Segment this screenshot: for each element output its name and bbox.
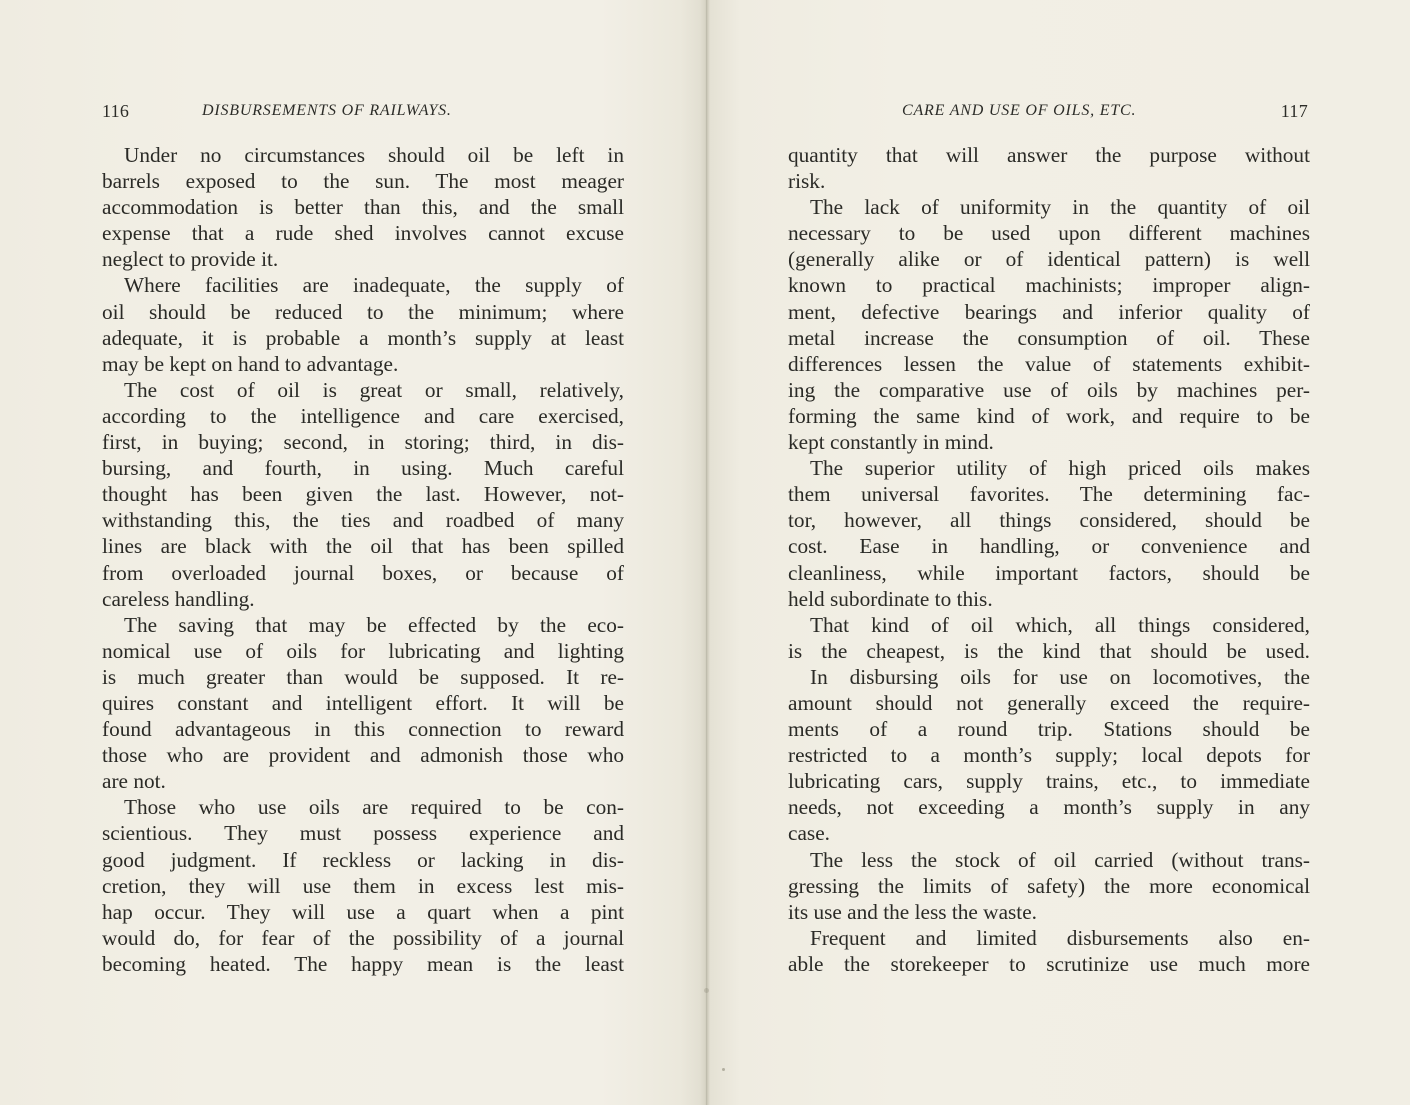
text-line: may be kept on hand to advantage. (102, 351, 624, 377)
text-line: found advantageous in this connection to… (102, 716, 624, 742)
text-line: is the cheapest, is the kind that should… (788, 638, 1310, 664)
text-line: becoming heated. The happy mean is the l… (102, 951, 624, 977)
text-line: known to practical machinists; improper … (788, 272, 1310, 298)
book-spread: 116 DISBURSEMENTS OF RAILWAYS. Under no … (0, 0, 1410, 1105)
text-line: lubricating cars, supply trains, etc., t… (788, 768, 1310, 794)
text-line: bursing, and fourth, in using. Much care… (102, 455, 624, 481)
text-line: risk. (788, 168, 1310, 194)
text-line: lines are black with the oil that has be… (102, 533, 624, 559)
text-line: quires constant and intelligent effort. … (102, 690, 624, 716)
left-page: 116 DISBURSEMENTS OF RAILWAYS. Under no … (0, 0, 705, 1105)
text-line: quantity that will answer the purpose wi… (788, 142, 1310, 168)
text-line: would do, for fear of the possibility of… (102, 925, 624, 951)
text-line: hap occur. They will use a quart when a … (102, 899, 624, 925)
book-gutter (706, 0, 707, 1105)
text-line: The less the stock of oil carried (witho… (788, 847, 1310, 873)
text-line: The lack of uniformity in the quantity o… (788, 194, 1310, 220)
text-line: barrels exposed to the sun. The most mea… (102, 168, 624, 194)
text-line: able the storekeeper to scrutinize use m… (788, 951, 1310, 977)
text-line: The saving that may be effected by the e… (102, 612, 624, 638)
text-line: necessary to be used upon different mach… (788, 220, 1310, 246)
text-line: The cost of oil is great or small, relat… (102, 377, 624, 403)
text-line: accommodation is better than this, and t… (102, 194, 624, 220)
text-line: its use and the less the waste. (788, 899, 1310, 925)
text-line: forming the same kind of work, and requi… (788, 403, 1310, 429)
left-running-head: 116 DISBURSEMENTS OF RAILWAYS. (102, 100, 622, 122)
text-line: cost. Ease in handling, or convenience a… (788, 533, 1310, 559)
text-line: ing the comparative use of oils by machi… (788, 377, 1310, 403)
text-line: cretion, they will use them in excess le… (102, 873, 624, 899)
text-line: from overloaded journal boxes, or becaus… (102, 560, 624, 586)
text-line: good judgment. If reckless or lacking in… (102, 847, 624, 873)
left-running-title: DISBURSEMENTS OF RAILWAYS. (202, 100, 452, 122)
text-line: Those who use oils are required to be co… (102, 794, 624, 820)
text-line: adequate, it is probable a month’s suppl… (102, 325, 624, 351)
right-page: CARE AND USE OF OILS, ETC. 117 quantity … (708, 0, 1410, 1105)
text-line: tor, however, all things considered, sho… (788, 507, 1310, 533)
text-line: held subordinate to this. (788, 586, 1310, 612)
text-line: oil should be reduced to the minimum; wh… (102, 299, 624, 325)
text-line: according to the intelligence and care e… (102, 403, 624, 429)
paper-speck (722, 1068, 725, 1071)
left-page-number: 116 (102, 100, 129, 122)
text-line: metal increase the consumption of oil. T… (788, 325, 1310, 351)
paper-speck (704, 988, 709, 993)
text-line: them universal favorites. The determinin… (788, 481, 1310, 507)
text-line: Where facilities are inadequate, the sup… (102, 272, 624, 298)
right-running-title: CARE AND USE OF OILS, ETC. (902, 100, 1136, 122)
text-line: neglect to provide it. (102, 246, 624, 272)
text-line: kept constantly in mind. (788, 429, 1310, 455)
text-line: amount should not generally exceed the r… (788, 690, 1310, 716)
left-body-text: Under no circumstances should oil be lef… (102, 142, 624, 977)
text-line: is much greater than would be supposed. … (102, 664, 624, 690)
text-line: first, in buying; second, in storing; th… (102, 429, 624, 455)
text-line: those who are provident and admonish tho… (102, 742, 624, 768)
text-line: Under no circumstances should oil be lef… (102, 142, 624, 168)
text-line: differences lessen the value of statemen… (788, 351, 1310, 377)
text-line: Frequent and limited disbursements also … (788, 925, 1310, 951)
text-line: scientious. They must possess experience… (102, 820, 624, 846)
text-line: In disbursing oils for use on locomotive… (788, 664, 1310, 690)
text-line: (generally alike or of identical pattern… (788, 246, 1310, 272)
text-line: gressing the limits of safety) the more … (788, 873, 1310, 899)
right-page-number: 117 (1281, 100, 1308, 122)
text-line: withstanding this, the ties and roadbed … (102, 507, 624, 533)
text-line: ment, defective bearings and inferior qu… (788, 299, 1310, 325)
text-line: That kind of oil which, all things consi… (788, 612, 1310, 638)
text-line: are not. (102, 768, 624, 794)
text-line: restricted to a month’s supply; local de… (788, 742, 1310, 768)
text-line: needs, not exceeding a month’s supply in… (788, 794, 1310, 820)
text-line: cleanliness, while important factors, sh… (788, 560, 1310, 586)
text-line: ments of a round trip. Stations should b… (788, 716, 1310, 742)
text-line: The superior utility of high priced oils… (788, 455, 1310, 481)
text-line: nomical use of oils for lubricating and … (102, 638, 624, 664)
right-body-text: quantity that will answer the purpose wi… (788, 142, 1310, 977)
text-line: expense that a rude shed involves cannot… (102, 220, 624, 246)
text-line: thought has been given the last. However… (102, 481, 624, 507)
text-line: case. (788, 820, 1310, 846)
text-line: careless handling. (102, 586, 624, 612)
right-running-head: CARE AND USE OF OILS, ETC. 117 (788, 100, 1308, 122)
